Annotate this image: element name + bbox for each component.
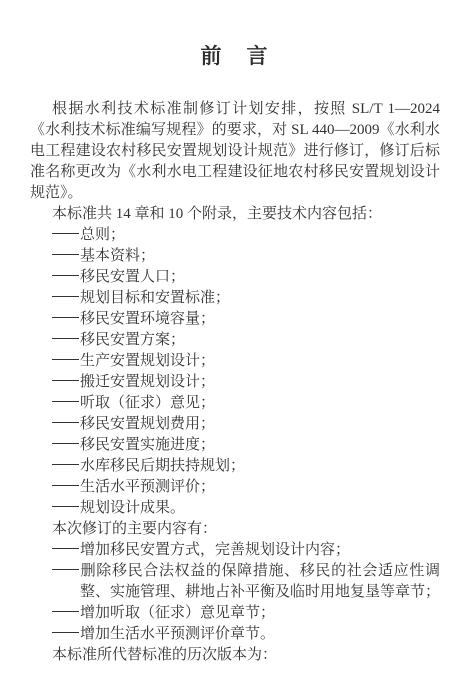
page-title: 前 言 — [0, 44, 470, 68]
em-dash-icon — [52, 317, 79, 318]
list-item-text: 听取（征求）意见； — [80, 395, 215, 411]
list-item-text: 增加生活水平预测评价章节。 — [80, 626, 275, 642]
em-dash-icon — [52, 611, 79, 612]
contents-list-item: 听取（征求）意见； — [30, 393, 440, 414]
em-dash-icon — [52, 485, 79, 486]
list-item-text: 移民安置人口； — [80, 269, 185, 285]
contents-list-item: 总则； — [30, 225, 440, 246]
em-dash-icon — [52, 338, 79, 339]
contents-list-item: 移民安置人口； — [30, 267, 440, 288]
list-item-text: 搬迁安置规划设计； — [80, 374, 215, 390]
list-item-text: 基本资料； — [80, 248, 155, 264]
contents-list-item: 基本资料； — [30, 246, 440, 267]
contents-list-item: 移民安置实施进度； — [30, 435, 440, 456]
em-dash-icon — [52, 380, 79, 381]
list-item-text: 规划设计成果。 — [80, 500, 185, 516]
list-item-text: 删除移民合法权益的保障措施、移民的社会适应性调整、实施管理、耕地占补平衡及临时用… — [80, 563, 440, 600]
em-dash-icon — [52, 401, 79, 402]
em-dash-icon — [52, 359, 79, 360]
revision-list-item: 增加移民安置方式，完善规划设计内容； — [30, 540, 440, 561]
list-item-text: 移民安置规划费用； — [80, 416, 215, 432]
list-item-text: 移民安置环境容量； — [80, 311, 215, 327]
list-item-text: 移民安置方案； — [80, 332, 185, 348]
list-item-text: 总则； — [80, 227, 125, 243]
contents-list-item: 规划目标和安置标准； — [30, 288, 440, 309]
list-item-text: 增加移民安置方式，完善规划设计内容； — [80, 542, 350, 558]
em-dash-icon — [52, 254, 79, 255]
list-item-text: 移民安置实施进度； — [80, 437, 215, 453]
list-item-text: 水库移民后期扶持规划； — [80, 458, 245, 474]
em-dash-icon — [52, 443, 79, 444]
contents-list-item: 生产安置规划设计； — [30, 351, 440, 372]
em-dash-icon — [52, 569, 79, 570]
contents-list-item: 规划设计成果。 — [30, 498, 440, 519]
em-dash-icon — [52, 275, 79, 276]
intro-paragraph: 根据水利技术标准制修订计划安排，按照 SL/T 1—2024《水利技术标准编写规… — [30, 99, 440, 204]
em-dash-icon — [52, 422, 79, 423]
em-dash-icon — [52, 233, 79, 234]
foreword-body: 根据水利技术标准制修订计划安排，按照 SL/T 1—2024《水利技术标准编写规… — [30, 99, 440, 666]
revision-list-item: 增加听取（征求）意见章节； — [30, 603, 440, 624]
document-page: 前 言 根据水利技术标准制修订计划安排，按照 SL/T 1—2024《水利技术标… — [0, 0, 470, 691]
contents-list-item: 移民安置规划费用； — [30, 414, 440, 435]
contents-list-item: 生活水平预测评价； — [30, 477, 440, 498]
list-item-text: 规划目标和安置标准； — [80, 290, 230, 306]
revision-list-item: 删除移民合法权益的保障措施、移民的社会适应性调整、实施管理、耕地占补平衡及临时用… — [30, 561, 440, 603]
em-dash-icon — [52, 548, 79, 549]
contents-lead-line: 本标准共 14 章和 10 个附录，主要技术内容包括： — [30, 204, 440, 225]
em-dash-icon — [52, 632, 79, 633]
contents-list-item: 水库移民后期扶持规划； — [30, 456, 440, 477]
em-dash-icon — [52, 296, 79, 297]
revision-lead-line: 本次修订的主要内容有： — [30, 519, 440, 540]
contents-list-item: 移民安置环境容量； — [30, 309, 440, 330]
contents-list-item: 搬迁安置规划设计； — [30, 372, 440, 393]
em-dash-icon — [52, 506, 79, 507]
em-dash-icon — [52, 464, 79, 465]
list-item-text: 增加听取（征求）意见章节； — [80, 605, 275, 621]
history-lead-line: 本标准所代替标准的历次版本为： — [30, 645, 440, 666]
contents-list-item: 移民安置方案； — [30, 330, 440, 351]
list-item-text: 生活水平预测评价； — [80, 479, 215, 495]
list-item-text: 生产安置规划设计； — [80, 353, 215, 369]
revision-list-item: 增加生活水平预测评价章节。 — [30, 624, 440, 645]
